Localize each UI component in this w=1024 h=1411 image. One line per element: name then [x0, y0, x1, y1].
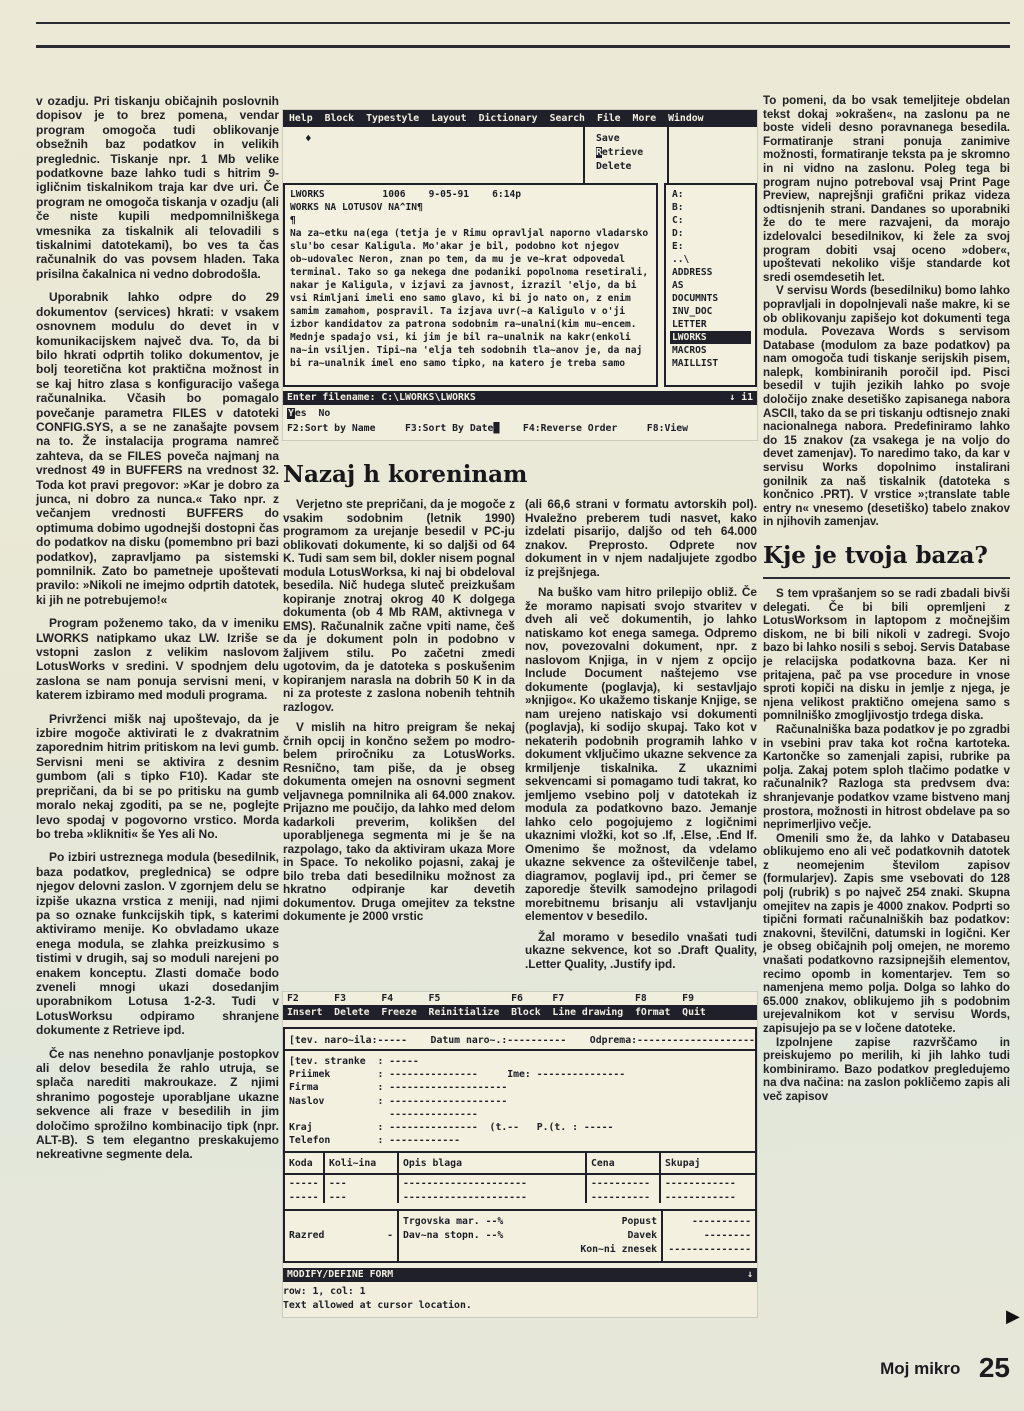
table-cell: ---------- [587, 1175, 661, 1189]
table-row: ----- --- --------------------- --------… [285, 1175, 755, 1189]
razred-cell: Razred - [285, 1211, 399, 1261]
magazine-page: v ozadju. Pri tiskanju običajnih poslovn… [0, 0, 1024, 1411]
form-field-line[interactable]: Kraj : --------------- (t.-- P.(t. : ---… [289, 1121, 751, 1134]
total-value[interactable]: ---------- [667, 1215, 751, 1229]
paragraph: (ali 66,6 strani v formatu avtorskih pol… [525, 498, 757, 579]
file-list-pane: A:B:C:D:E:..\ADDRESSASDOCUMNTSINV_DOCLET… [664, 183, 757, 387]
paragraph: Računalniška baza podatkov je po zgradbi… [763, 723, 1010, 832]
status-bar: Enter filename: C:\LWORKS\LWORKS ↓ i1 [283, 391, 757, 405]
paragraph: Žal moramo v besedilo vnašati tudi ukazn… [525, 931, 757, 972]
document-window[interactable]: LWORKS 1006 9-05-91 6:14pWORKS NA LOTUSO… [283, 183, 658, 387]
total-value[interactable]: -------- [667, 1229, 751, 1243]
document-line: bi ra~unalnik imel eno samo tipko, na ka… [290, 357, 651, 370]
document-line: WORKS NA LOTUSOV NA^IN¶ [290, 201, 651, 214]
paragraph: V servisu Words (besedilniku) bomo lahko… [763, 284, 1010, 529]
right-column-bottom: S tem vprašanjem so se radi zbadali bivš… [763, 587, 1010, 1104]
file-list-item[interactable]: ADDRESS [670, 266, 751, 279]
file-menu-item[interactable]: Save [596, 132, 643, 146]
table-cell: ---------- [587, 1189, 661, 1203]
page-number: 25 [979, 1352, 1010, 1383]
lotusworks-editor-screenshot: HelpBlockTypestyleLayoutDictionarySearch… [283, 110, 757, 440]
margin-line[interactable]: Dav~na stopn. --% [403, 1229, 557, 1243]
file-list-item[interactable]: INV_DOC [670, 305, 751, 318]
fkey-labels-bar[interactable]: Insert Delete Freeze Reinitialize Block … [283, 1005, 757, 1020]
file-list-item[interactable]: LETTER [670, 318, 751, 331]
margins-cell: Trgovska mar. --%Dav~na stopn. --% [399, 1211, 561, 1261]
table-cell: ------------ [661, 1175, 755, 1189]
razred-value[interactable]: - [387, 1229, 393, 1243]
status-bar: MODIFY/DEFINE FORM ↓ [283, 1268, 757, 1282]
center-column-right: (ali 66,6 strani v formatu avtorskih pol… [525, 498, 757, 978]
info-line: Text allowed at cursor location. [283, 1299, 757, 1313]
document-line: ¶ [290, 214, 651, 227]
total-label: Kon~ni znesek [565, 1243, 657, 1257]
table-cell: ----- [285, 1175, 325, 1189]
menu-item[interactable]: More [633, 110, 657, 127]
file-list-item[interactable]: A: [670, 188, 751, 201]
form-field-line[interactable]: [tev. stranke : ----- [289, 1055, 751, 1068]
document-line: izbor kandidatov za patrona sodobnim ra~… [290, 318, 651, 331]
menu-bar: HelpBlockTypestyleLayoutDictionarySearch… [283, 110, 757, 127]
file-list-item[interactable]: E: [670, 240, 751, 253]
paragraph: Na buško vam hitro prilepijo obliž. Če ž… [525, 586, 757, 924]
menu-item[interactable]: Layout [431, 110, 466, 127]
document-line: samim zamahom, pospravil. Ta izjava uvr(… [290, 305, 651, 318]
table-header-cell: Koli~ina [325, 1153, 399, 1173]
total-label: Popust [565, 1215, 657, 1229]
section-heading: Kje je tvoja baza? [763, 543, 1010, 579]
page-footer: Moj mikro 25 [763, 1352, 1010, 1384]
right-column: To pomeni, da bo vsak temeljiteje obdela… [763, 94, 1010, 1104]
center-text-columns: Verjetno ste prepričani, da je mogoče z … [283, 498, 757, 978]
file-menu-item[interactable]: Retrieve [596, 146, 643, 160]
file-list-item[interactable]: MAILLIST [670, 357, 751, 370]
file-list-item[interactable]: C: [670, 214, 751, 227]
document-line: ob~udovalec Neron, znan po tem, da mu je… [290, 253, 651, 266]
paragraph: v ozadju. Pri tiskanju običajnih poslovn… [36, 94, 279, 281]
table-header-row: KodaKoli~inaOpis blagaCenaSkupaj [285, 1153, 755, 1175]
total-label: Davek [565, 1229, 657, 1243]
right-column-top: To pomeni, da bo vsak temeljiteje obdela… [763, 94, 1010, 529]
file-list-item[interactable]: ..\ [670, 253, 751, 266]
table-header-cell: Koda [285, 1153, 325, 1173]
file-list-item[interactable]: DOCUMNTS [670, 292, 751, 305]
document-line: na~in vsiljen. Tipi~na 'elja teh sodobni… [290, 344, 651, 357]
top-rule-thick [36, 45, 1010, 48]
order-header-fields[interactable]: [tev. naro~ila:----- Datum naro~.:------… [283, 1027, 757, 1051]
article-heading: Nazaj h koreninam [283, 462, 757, 488]
table-header-cell: Opis blaga [399, 1153, 587, 1173]
fkey-numbers-row: F2 F3 F4 F5 F6 F7 F8 F9 [283, 992, 757, 1005]
table-header-cell: Cena [587, 1153, 661, 1173]
form-field-line[interactable]: Naslov : -------------------- [289, 1095, 751, 1108]
top-rule-thin [36, 22, 1010, 24]
margin-line[interactable]: Trgovska mar. --% [403, 1215, 557, 1229]
left-column-paragraphs: v ozadju. Pri tiskanju običajnih poslovn… [36, 94, 279, 1162]
file-list-item[interactable]: AS [670, 279, 751, 292]
table-cell: ----- [285, 1189, 325, 1203]
table-header-cell: Skupaj [661, 1153, 755, 1173]
file-list-item[interactable]: D: [670, 227, 751, 240]
file-list-item[interactable]: B: [670, 201, 751, 214]
menu-item[interactable]: Window [668, 110, 703, 127]
paragraph: S tem vprašanjem so se radi zbadali bivš… [763, 587, 1010, 723]
sort-fkeys-line[interactable]: F2:Sort by Name F3:Sort By Date█ F4:Reve… [287, 422, 688, 435]
continued-arrow-icon: ▶ [1006, 1306, 1020, 1327]
menu-item[interactable]: Typestyle [366, 110, 419, 127]
center-column-left: Verjetno ste prepričani, da je mogoče z … [283, 498, 515, 978]
customer-fields[interactable]: [tev. stranke : -----Priimek : ---------… [283, 1049, 757, 1153]
paragraph: Izpolnjene zapise razvrščamo in preiskuj… [763, 1036, 1010, 1104]
left-column: v ozadju. Pri tiskanju običajnih poslovn… [36, 94, 279, 1171]
file-menu-item[interactable]: Delete [596, 160, 643, 174]
status-right-indicator: ↓ i1 [729, 391, 753, 405]
table-cell: --- [325, 1189, 399, 1203]
table-cell: --------------------- [399, 1189, 587, 1203]
table-body: ----- --- --------------------- --------… [285, 1175, 755, 1209]
total-value[interactable]: -------------- [667, 1243, 751, 1257]
paragraph: To pomeni, da bo vsak temeljiteje obdela… [763, 94, 1010, 284]
status-right-indicator: ↓ [747, 1268, 753, 1282]
menu-item[interactable]: Block [325, 110, 355, 127]
file-list-item[interactable]: MACROS [670, 344, 751, 357]
file-list-item[interactable]: LWORKS [670, 331, 751, 344]
diamond-marker: ♦ [305, 132, 312, 145]
database-form-screenshot: F2 F3 F4 F5 F6 F7 F8 F9 Insert Delete Fr… [283, 992, 757, 1317]
document-line: Mednje spadajo vsi, ki jim je bil ra~una… [290, 331, 651, 344]
status-text: Enter filename: C:\LWORKS\LWORKS [287, 392, 476, 403]
paragraph: Če nas nenehno ponavljanje postopkov ali… [36, 1047, 279, 1162]
paragraph: Verjetno ste prepričani, da je mogoče z … [283, 498, 515, 714]
menu-window-border-right [667, 127, 669, 185]
table-totals-row: Razred - Trgovska mar. --%Dav~na stopn. … [285, 1209, 755, 1261]
document-line: terminal. Tako so ga nekega dne podaniki… [290, 266, 651, 279]
form-field-line[interactable]: Priimek : --------------- Ime: ---------… [289, 1068, 751, 1081]
paragraph: Po izbiri ustreznega modula (besedilnik,… [36, 850, 279, 1037]
paragraph: Privrženci mišk naj upoštevajo, da je iz… [36, 712, 279, 842]
menu-item[interactable]: Help [289, 110, 313, 127]
paragraph: Program poženemo tako, da v imeniku LWOR… [36, 616, 279, 702]
paragraph: V mislih na hitro preigram še nekaj črni… [283, 721, 515, 924]
document-line: vsi Rimljani imeli eno samo glavo, ki bi… [290, 292, 651, 305]
form-field-line[interactable]: Firma : -------------------- [289, 1081, 751, 1094]
document-line: nakar je Kaligula, v izjavi za javnost, … [290, 279, 651, 292]
razred-label: Razred [289, 1229, 324, 1243]
menu-item[interactable]: Search [550, 110, 585, 127]
magazine-name: Moj mikro [880, 1359, 960, 1378]
menu-item[interactable]: File [597, 110, 621, 127]
totals-values-cell: -------------------------------- [661, 1211, 755, 1261]
document-line: slu'bo cesar Kaligula. Mo'akar je bil, p… [290, 240, 651, 253]
status-text: MODIFY/DEFINE FORM [287, 1269, 393, 1280]
document-line: Na za~etku na(ega (tetja je v Rimu oprav… [290, 227, 651, 240]
table-row: ----- --- --------------------- --------… [285, 1189, 755, 1203]
center-area: HelpBlockTypestyleLayoutDictionarySearch… [283, 110, 757, 1317]
table-cell: --------------------- [399, 1175, 587, 1189]
paragraph: Omenili smo že, da lahko v Databaseu obl… [763, 832, 1010, 1036]
items-table: KodaKoli~inaOpis blagaCenaSkupaj ----- -… [283, 1151, 757, 1263]
totals-labels-cell: PopustDavekKon~ni znesek [561, 1211, 661, 1261]
menu-item[interactable]: Dictionary [479, 110, 538, 127]
paragraph: Uporabnik lahko odpre do 29 dokumentov (… [36, 290, 279, 607]
form-field-line[interactable]: --------------- [289, 1108, 751, 1121]
table-cell: --- [325, 1175, 399, 1189]
cursor-info-lines: row: 1, col: 1Text allowed at cursor loc… [283, 1285, 757, 1313]
info-line: row: 1, col: 1 [283, 1285, 757, 1299]
file-menu-dropdown: SaveRetrieveDelete [596, 132, 643, 174]
table-cell: ------------ [661, 1189, 755, 1203]
form-field-line[interactable]: Telefon : ------------ [289, 1134, 751, 1147]
document-line: LWORKS 1006 9-05-91 6:14p [290, 188, 651, 201]
menu-window-border-left [583, 127, 585, 185]
yes-no-prompt[interactable]: Yes No [287, 407, 330, 420]
